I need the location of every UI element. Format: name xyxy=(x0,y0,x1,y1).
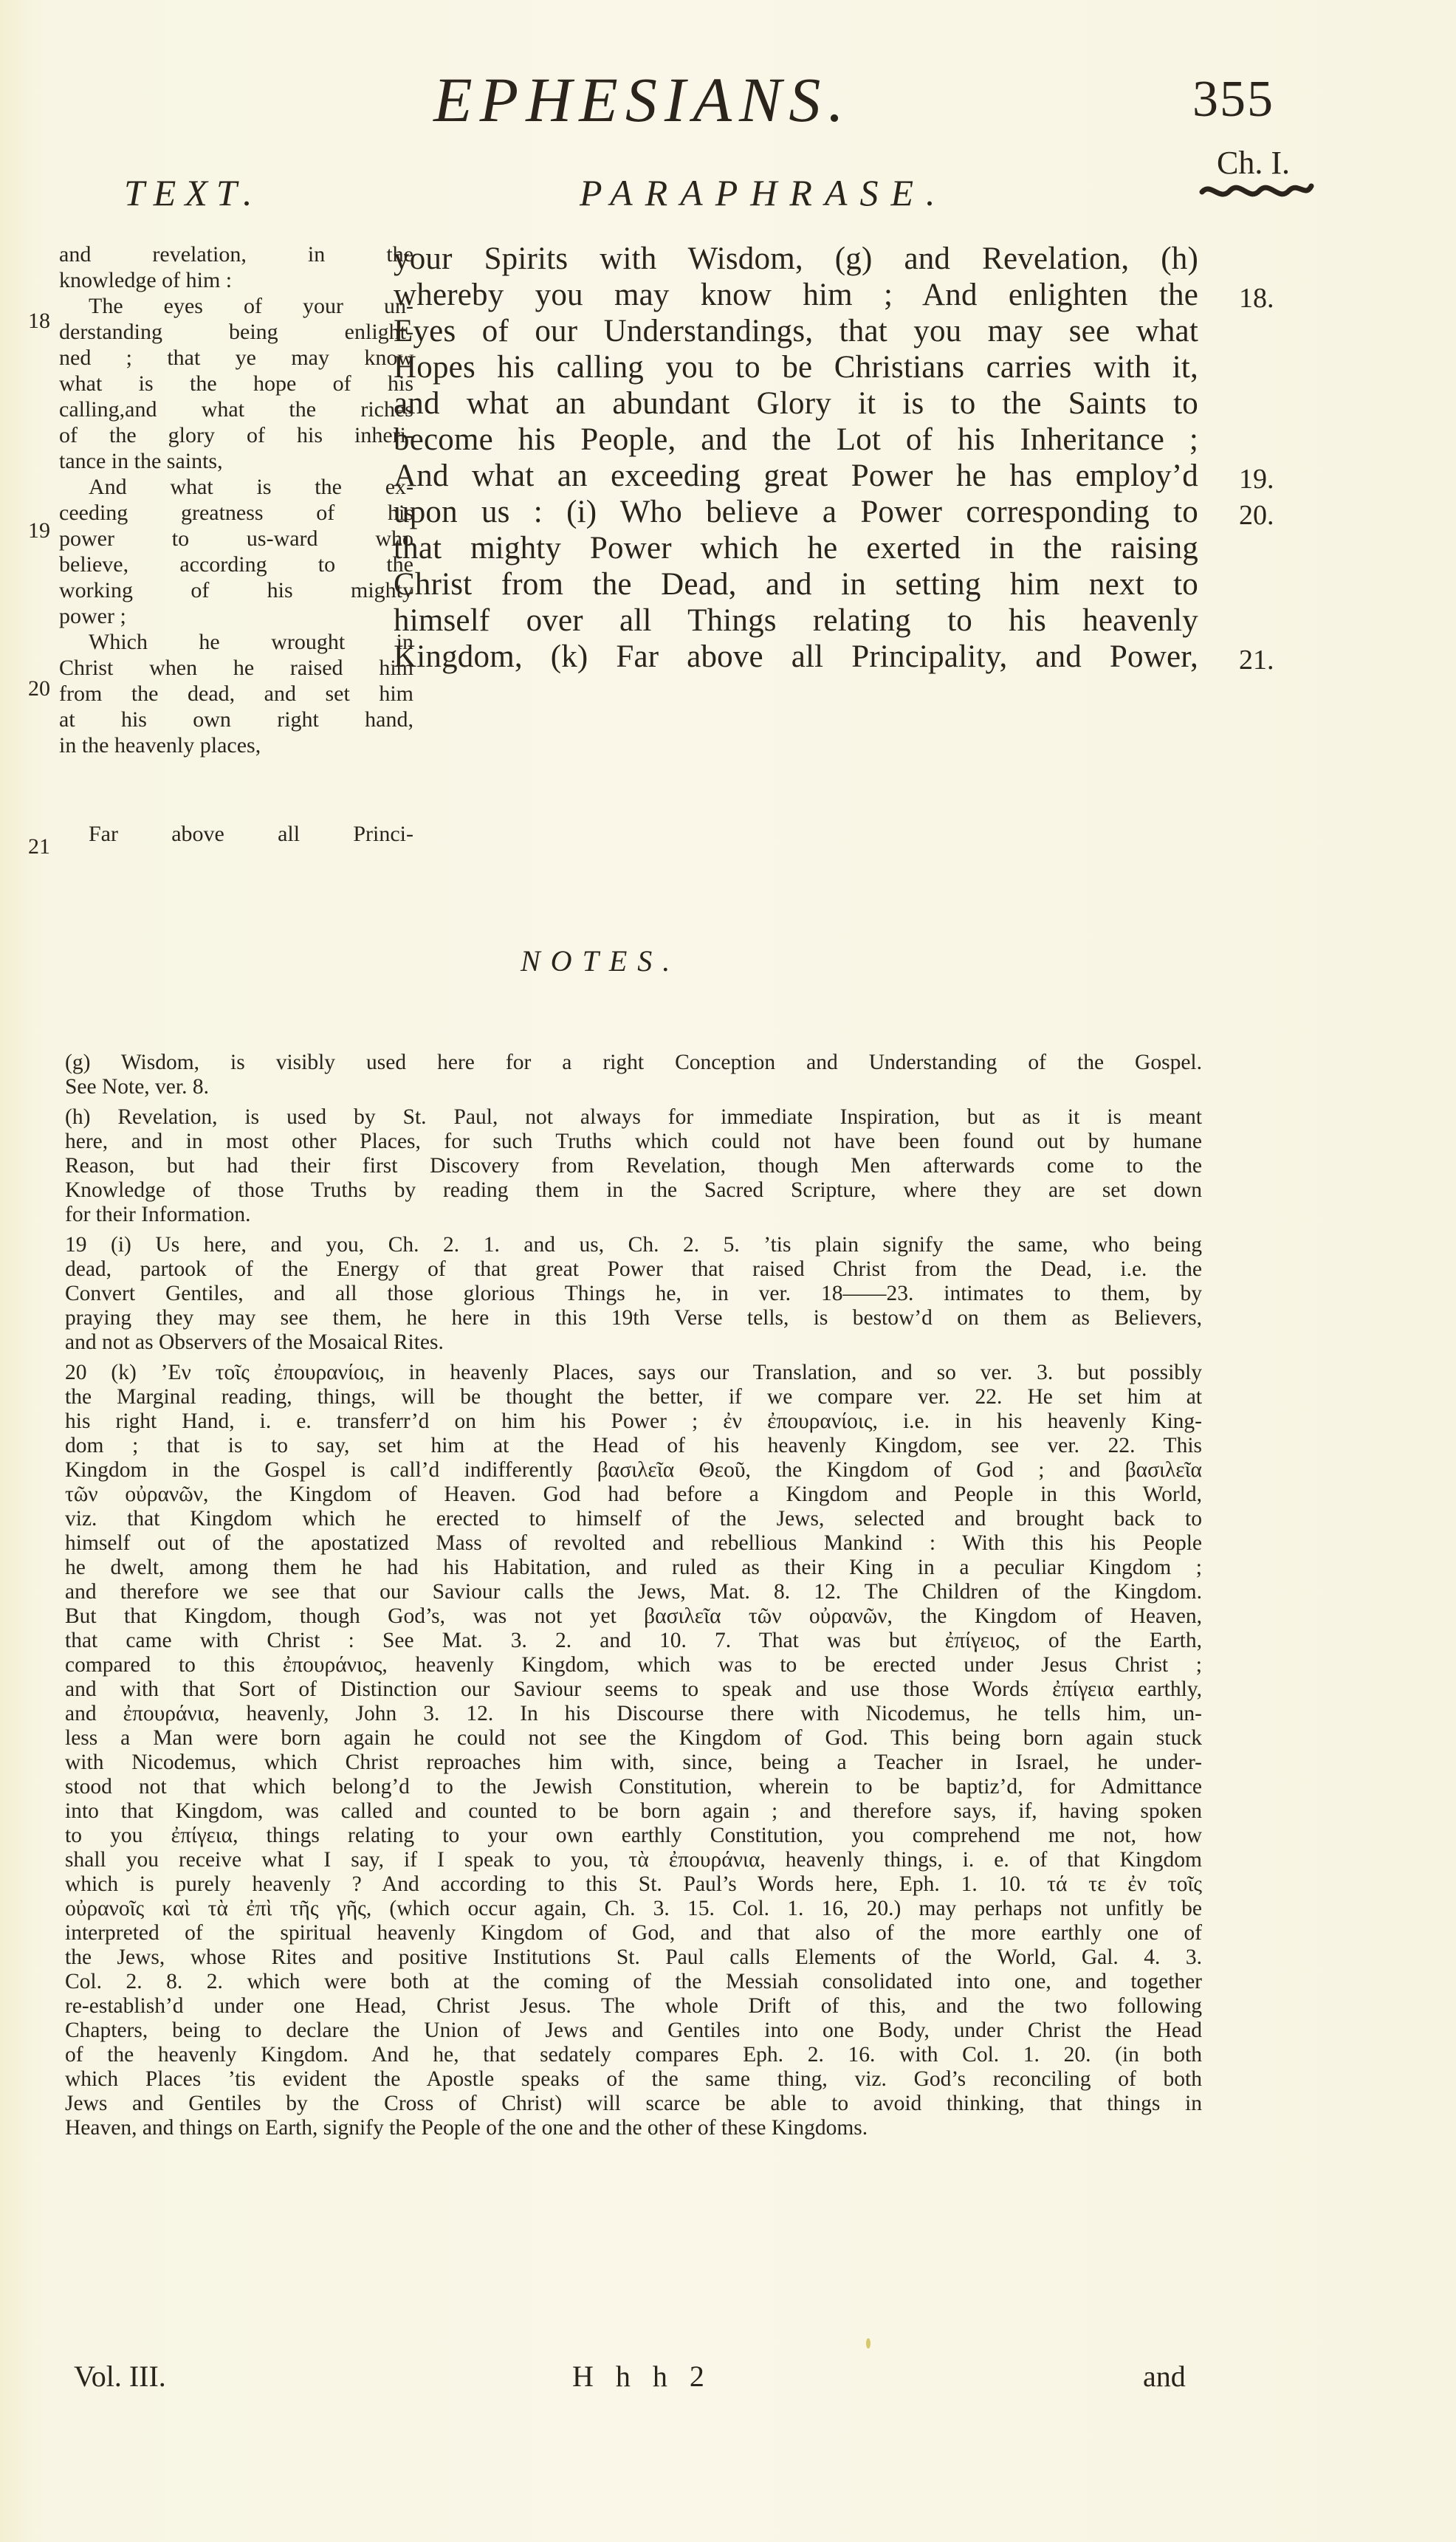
text-line: from the dead, and set him xyxy=(59,681,413,707)
note-line: he dwelt, among them he had his Habitati… xyxy=(65,1556,1202,1580)
note-line: dom ; that is to say, set him at the Hea… xyxy=(65,1434,1202,1458)
note-line: of the heavenly Kingdom. And he, that se… xyxy=(65,2043,1202,2067)
note-line: interpreted of the spiritual heavenly Ki… xyxy=(65,1921,1202,1945)
note-line: Jews and Gentiles by the Cross of Christ… xyxy=(65,2092,1202,2116)
catchword: and xyxy=(1143,2359,1186,2394)
note-line: viz. that Kingdom which he erected to hi… xyxy=(65,1507,1202,1531)
note-line: Kingdom in the Gospel is call’d indiffer… xyxy=(65,1458,1202,1483)
note-line: and ἐπουράνια, heavenly, John 3. 12. In … xyxy=(65,1702,1202,1726)
volume-label: Vol. III. xyxy=(74,2359,166,2394)
note-line: that came with Christ : See Mat. 3. 2. a… xyxy=(65,1629,1202,1653)
note-line: 19 (i) Us here, and you, Ch. 2. 1. and u… xyxy=(65,1233,1202,1257)
note-line: (g) Wisdom, is visibly used here for a r… xyxy=(65,1051,1202,1075)
text-line: derstanding being enlight- xyxy=(59,320,413,345)
paraphrase-line: Christ from the Dead, and in setting him… xyxy=(394,566,1198,602)
text-line: ned ; that ye may know xyxy=(59,346,413,371)
note-line: But that Kingdom, though God’s, was not … xyxy=(65,1604,1202,1629)
note-line: for their Information. xyxy=(65,1203,1202,1227)
paraphrase-line: your Spirits with Wisdom, (g) and Revela… xyxy=(394,241,1198,277)
note-line: 20 (k) ’Εν τοῖς ἐπουρανίοις, in heavenly… xyxy=(65,1361,1202,1385)
margin-verse-number: 20. xyxy=(1239,499,1274,532)
note-line: and with that Sort of Distinction our Sa… xyxy=(65,1677,1202,1702)
running-title: EPHESIANS. xyxy=(369,63,916,137)
paraphrase-line: himself over all Things relating to his … xyxy=(394,602,1198,639)
text-line: in the heavenly places, xyxy=(59,733,413,758)
note-line: re-establish’d under one Head, Christ Je… xyxy=(65,1994,1202,2019)
text-line: at his own right hand, xyxy=(59,707,413,732)
paraphrase-line: Eyes of our Understandings, that you may… xyxy=(394,313,1198,349)
note-line: shall you receive what I say, if I speak… xyxy=(65,1848,1202,1872)
paraphrase-line: upon us : (i) Who believe a Power corres… xyxy=(394,494,1198,530)
text-line: calling,and what the riches xyxy=(59,397,413,422)
text-line: what is the hope of his xyxy=(59,371,413,396)
note-line: the Marginal reading, things, will be th… xyxy=(65,1385,1202,1409)
notes-heading: NOTES. xyxy=(521,944,680,978)
note-line: stood not that which belong’d to the Jew… xyxy=(65,1775,1202,1799)
paraphrase-line: become his People, and the Lot of his In… xyxy=(394,422,1198,458)
text-line: Christ when he raised him xyxy=(59,656,413,681)
text-line: ceeding greatness of his xyxy=(59,501,413,526)
note-line: (h) Revelation, is used by St. Paul, not… xyxy=(65,1105,1202,1130)
text-line: of the glory of his inheri- xyxy=(59,423,413,448)
note-line: the Jews, whose Rites and positive Insti… xyxy=(65,1945,1202,1970)
text-line: The eyes of your un- xyxy=(59,294,413,319)
margin-verse-number: 21. xyxy=(1239,644,1274,676)
text-line: Which he wrought in xyxy=(59,630,413,655)
note-line: compared to this ἐπουράνιος, heavenly Ki… xyxy=(65,1653,1202,1677)
paper-stain xyxy=(866,2338,870,2349)
note-line: here, and in most other Places, for such… xyxy=(65,1130,1202,1154)
paraphrase-line: Kingdom, (k) Far above all Principality,… xyxy=(394,639,1198,675)
verse-number: 18 xyxy=(28,309,50,334)
verse-number: 21 xyxy=(28,834,50,859)
verse-number: 20 xyxy=(28,676,50,701)
note-line: See Note, ver. 8. xyxy=(65,1075,1202,1099)
text-line: tance in the saints, xyxy=(59,449,413,474)
margin-verse-number: 19. xyxy=(1239,463,1274,495)
paraphrase-line: that mighty Power which he exerted in th… xyxy=(394,530,1198,566)
paraphrase-line: Hopes his calling you to be Christians c… xyxy=(394,349,1198,385)
note-line: Knowledge of those Truths by reading the… xyxy=(65,1178,1202,1203)
wave-ornament-icon xyxy=(1198,176,1316,205)
note-line: Col. 2. 8. 2. which were both at the com… xyxy=(65,1970,1202,1994)
note-line: dead, partook of the Energy of that grea… xyxy=(65,1257,1202,1282)
note-line: to you ἐπίγεια, things relating to your … xyxy=(65,1824,1202,1848)
verse-number: 19 xyxy=(28,518,50,543)
note-line: τῶν οὐρανῶν, the Kingdom of Heaven. God … xyxy=(65,1483,1202,1507)
note-line: himself out of the apostatized Mass of r… xyxy=(65,1531,1202,1556)
paraphrase-column-heading: PARAPHRASE. xyxy=(580,171,948,214)
note-line: his right Hand, i. e. transferr’d on him… xyxy=(65,1409,1202,1434)
margin-verse-number: 18. xyxy=(1239,282,1274,315)
text-line: power to us-ward who xyxy=(59,526,413,552)
text-line: knowledge of him : xyxy=(59,268,413,293)
text-line: Far above all Princi- xyxy=(59,822,413,847)
note-line: Heaven, and things on Earth, signify the… xyxy=(65,2116,1202,2140)
text-line: And what is the ex- xyxy=(59,475,413,500)
signature-mark: H h h 2 xyxy=(572,2359,712,2394)
paraphrase-line: and what an abundant Glory it is to the … xyxy=(394,385,1198,422)
note-line: and therefore we see that our Saviour ca… xyxy=(65,1580,1202,1604)
note-line: which Places ’tis evident the Apostle sp… xyxy=(65,2067,1202,2092)
note-line: praying they may see them, he here in th… xyxy=(65,1306,1202,1330)
text-line: believe, according to the xyxy=(59,552,413,577)
paraphrase-line: whereby you may know him ; And enlighten… xyxy=(394,277,1198,313)
text-column-heading: TEXT. xyxy=(124,171,261,214)
note-line: with Nicodemus, which Christ reproaches … xyxy=(65,1751,1202,1775)
text-line: power ; xyxy=(59,604,413,629)
note-line: into that Kingdom, was called and counte… xyxy=(65,1799,1202,1824)
text-line: working of his mighty xyxy=(59,578,413,603)
text-line: and revelation, in the xyxy=(59,242,413,267)
note-line: Chapters, being to declare the Union of … xyxy=(65,2019,1202,2043)
note-line: οὐρανοῖς καὶ τὰ ἐπὶ τῆς γῆς, (which occu… xyxy=(65,1897,1202,1921)
book-page: EPHESIANS. 355 Ch. I. TEXT. PARAPHRASE. … xyxy=(0,0,1456,2542)
page-number: 355 xyxy=(1192,70,1274,129)
note-line: less a Man were born again he could not … xyxy=(65,1726,1202,1751)
note-line: which is purely heavenly ? And according… xyxy=(65,1872,1202,1897)
note-line: and not as Observers of the Mosaical Rit… xyxy=(65,1330,1202,1355)
note-line: Convert Gentiles, and all those glorious… xyxy=(65,1282,1202,1306)
note-line: Reason, but had their first Discovery fr… xyxy=(65,1154,1202,1178)
paraphrase-line: And what an exceeding great Power he has… xyxy=(394,458,1198,494)
